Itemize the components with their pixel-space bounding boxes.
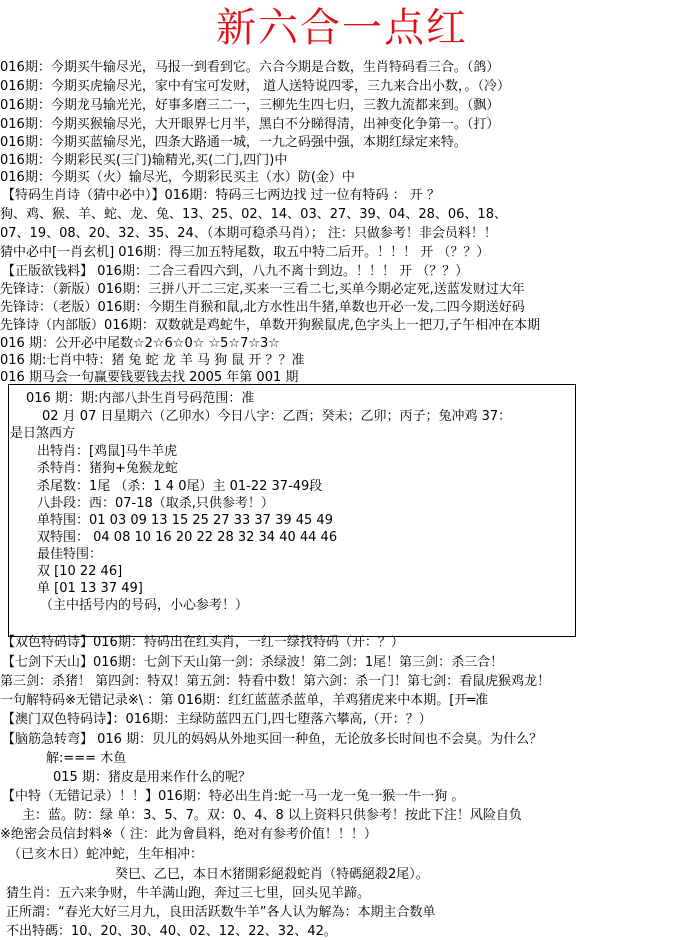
box-text-line: 是日煞西方 xyxy=(10,425,75,442)
text-line: 第三剑：杀猪！ 第四剑：特双！第五剑：特看中数！第六剑：杀一门！第七剑：看鼠虎猴… xyxy=(0,673,550,690)
text-line: 【中特（无错记录）！！】016期：特必出生肖:蛇一马一龙一兔一猴一牛一狗 。 xyxy=(2,788,464,805)
text-line: 不出特碼：10、20、30、40、02、12、22、32、42。 xyxy=(6,923,337,940)
text-line: 016期：今期龙马输光光，好事多磨三二一，三柳先生四七归，三教九流都来到。（飘） xyxy=(0,97,499,114)
text-line: 016期：今期彩民买(三门)输精光,买(二门,四门)中 xyxy=(0,152,287,169)
box-text-line: 单 [01 13 37 49] xyxy=(37,580,143,597)
text-line: 016 期:七肖中特：猪 兔 蛇 龙 羊 马 狗 鼠 开 ？？准 xyxy=(0,352,305,369)
box-text-line: 双特围： 04 08 10 16 20 22 28 32 34 40 44 46 xyxy=(37,529,337,546)
text-line: 【澳门双色特码诗】：016期：主绿防蓝四五门,四七堕落六攀高,（开：？） xyxy=(2,711,432,728)
text-line: 解:=== 木鱼 xyxy=(46,750,126,767)
page-title: 新六合一点红 xyxy=(0,4,684,52)
text-line: 07、19、08、20、32、35、24、（本期可稳杀马肖）； 注：只做参考！非… xyxy=(0,225,497,242)
text-line: 016期：今期买猴输尽光，大开眼界七月半，黑白不分睇得清，出神变化争第一。（打） xyxy=(0,116,499,133)
text-line: 主：蓝。防：绿 单：3、5、7。双：0、4、8 以上资料只供参考！按此下注！风险… xyxy=(22,807,522,824)
box-text-line: 最佳特围： xyxy=(37,546,102,563)
box-text-line: （主中括号内的号码，小心参考！） xyxy=(40,597,248,614)
text-line: 【特码生肖诗（猜中必中）】016期：特码三七两边找 过一位有特码 ： 开 ？ xyxy=(2,187,440,204)
box-text-line: 016 期：期:内部八卦生肖号码范围：准 xyxy=(26,390,254,407)
text-line: 先锋诗：（新版）016期：三拼八开二三定,买来一三看二七,买单今期必定死,送蓝发… xyxy=(0,281,525,298)
text-line: 016期：今期买虎输尽光，家中有宝可发财， 道人送特说四零，三九来合出小数，。（… xyxy=(0,78,510,95)
box-text-line: 八卦段：西：07-18（取杀,只供参考！） xyxy=(37,495,274,512)
box-text-line: 02 月 07 日星期六（乙卯水）今日八字：乙酉；癸未；乙卯；丙子；兔冲鸡 37… xyxy=(42,408,511,425)
text-line: 癸巳、乙巳，本日木猪開彩絕殺蛇肖（特碼絕殺2尾）。 xyxy=(115,866,429,883)
text-line: 【双色特码诗】016期：特码出在红头肖，一红一绿找特码（开：？） xyxy=(2,634,404,651)
text-line: 【七剑下天山】016期：七剑下天山第一剑：杀绿波！第二剑：1尾！第三剑：杀三合！ xyxy=(2,654,503,671)
text-line: 016期：今期买（火）输尽光，今期彩民买主（水）防(金）中 xyxy=(0,169,355,186)
text-line: 狗、鸡、猴、羊、蛇、龙、兔、13、25、02、14、03、27、39、04、28… xyxy=(0,206,507,223)
text-line: 016期：今期买牛输尽光，马报一到看到它。六合今期是合数，生肖特码看三合。（鸽） xyxy=(0,59,499,76)
text-line: ※绝密会员信封料※（ 注：此为會員料，绝对有参考价值！！！） xyxy=(0,826,377,843)
text-line: 【脑筋急转弯】 016 期：贝儿的妈妈从外地买回一种鱼，无论放多长时间也不会臭。… xyxy=(2,731,542,748)
box-text-line: 单特围：01 03 09 13 15 25 27 33 37 39 45 49 xyxy=(37,512,333,529)
text-line: 016 期：公开必中尾数☆2☆6☆0☆ ☆5☆7☆3☆ xyxy=(0,335,280,352)
box-text-line: 杀特肖：猪狗+兔猴龙蛇 xyxy=(37,460,178,477)
box-text-line: 出特肖：[鸡鼠]马牛羊虎 xyxy=(37,443,177,460)
text-line: 一句解特码※无错记录※\ ：第 016期：红红蓝蓝杀蓝单，羊鸡猪虎来中本期。[开… xyxy=(0,692,488,709)
text-line: 先锋诗：（老版）016期：今期生肖猴和鼠,北方水性出牛猪,单数也开必一发,二四今… xyxy=(0,299,525,316)
text-line: 猜中必中[一肖玄机] 016期：得三加五特尾数，取五中特二后开。！！！ 开 （？… xyxy=(0,244,489,261)
text-line: 猜生肖：五六来争财，牛羊满山跑，奔过三七里，回头见羊蹄。 xyxy=(6,885,370,902)
text-line: 正所謂：“春光大好三月九，良田活跃数牛羊”各人认为解為：本期主合数单 xyxy=(6,904,435,921)
text-line: （已亥木日）蛇冲蛇，生年相冲： xyxy=(8,846,203,863)
box-text-line: 双 [10 22 46] xyxy=(37,563,122,580)
text-line: 015 期：猪皮是用来作什么的呢？ xyxy=(53,769,251,786)
text-line: 016期：今期买蓝输尽光，四条大路通一城，一九之码强中强，本期红绿定来特。 xyxy=(0,134,467,151)
text-line: 【正版欲钱料】 016期：二合三看四六到，八九不离十到边。！！！ 开 （？？） xyxy=(2,263,468,280)
box-text-line: 杀尾数：1尾 （杀：1 4 0尾）主 01-22 37-49段 xyxy=(37,478,322,495)
text-line: 先锋诗（内部版）016期：双数就是鸡蛇牛，单数开狗猴鼠虎,色字头上一把刀,子午相… xyxy=(0,317,540,334)
